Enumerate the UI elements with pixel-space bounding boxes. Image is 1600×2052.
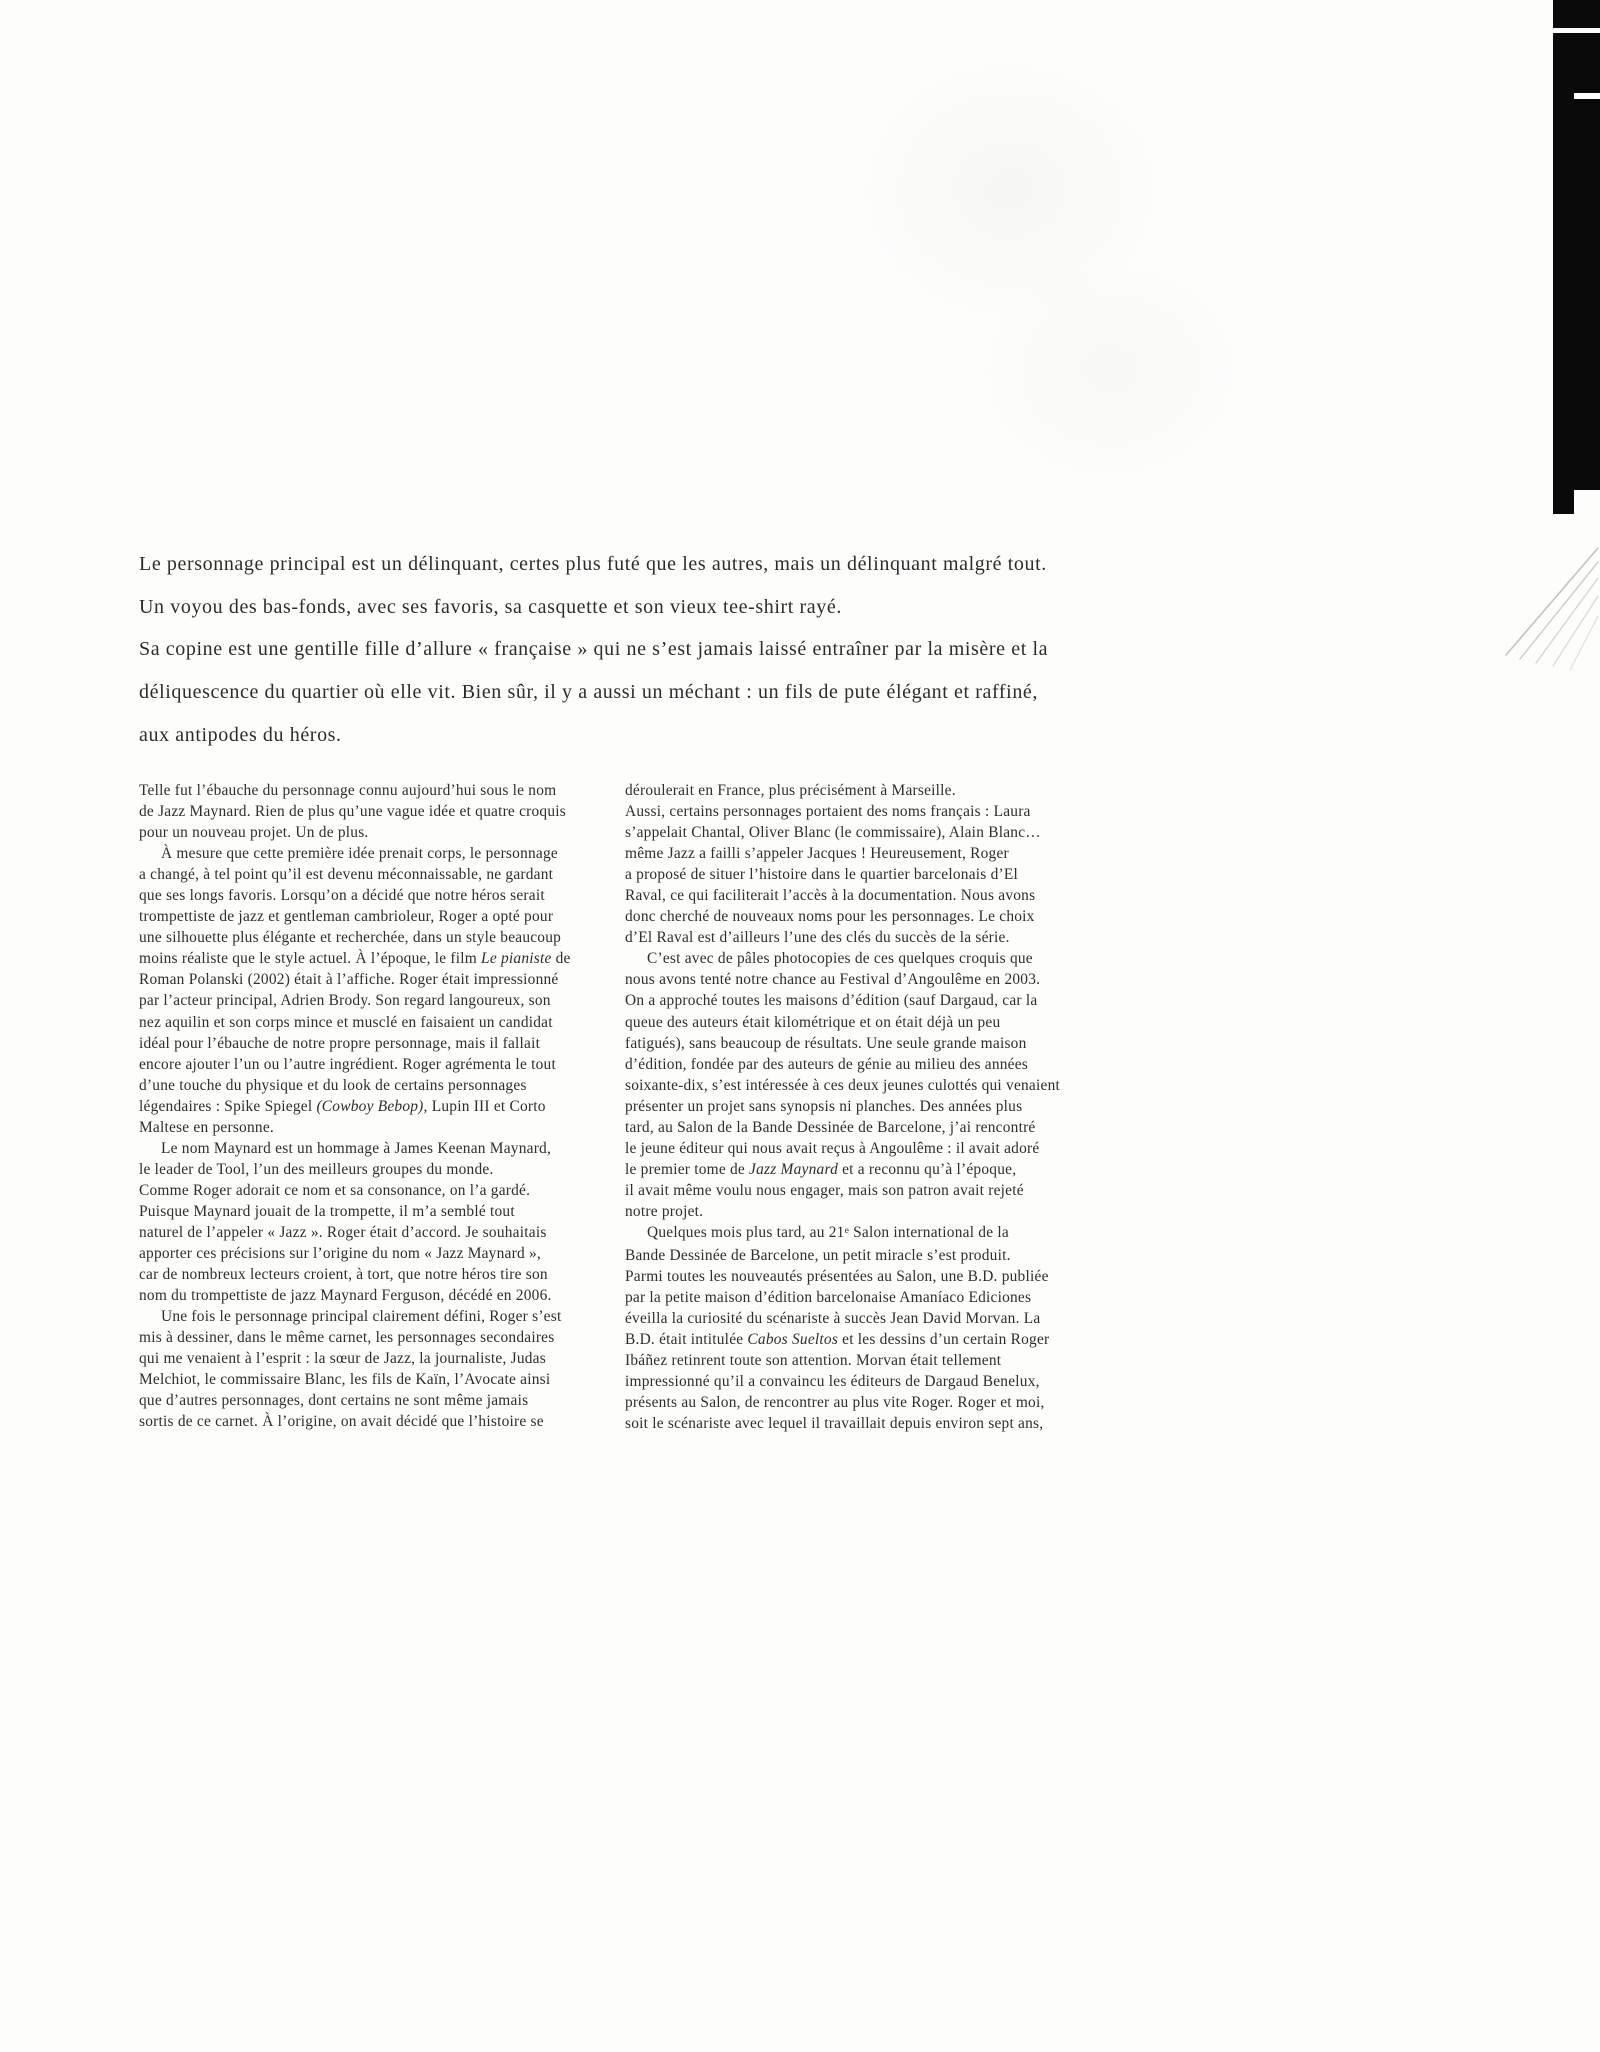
scan-smudge <box>980 260 1240 480</box>
text-line: déroulerait en France, plus précisément … <box>625 780 1077 801</box>
intro-line: Sa copine est une gentille fille d’allur… <box>139 628 1090 671</box>
text-line: a proposé de situer l’histoire dans le q… <box>625 864 1077 885</box>
text-line: naturel de l’appeler « Jazz ». Roger éta… <box>139 1222 578 1243</box>
text-line: C’est avec de pâles photocopies de ces q… <box>625 948 1077 969</box>
body-column-left: Telle fut l’ébauche du personnage connu … <box>139 780 578 1432</box>
text-line: sortis de ce carnet. À l’origine, on ava… <box>139 1411 578 1432</box>
text-line: Aussi, certains personnages portaient de… <box>625 801 1077 822</box>
text-line: de Jazz Maynard. Rien de plus qu’une vag… <box>139 801 578 822</box>
text-line: Raval, ce qui faciliterait l’accès à la … <box>625 885 1077 906</box>
text-line: Quelques mois plus tard, au 21e Salon in… <box>625 1222 1077 1245</box>
text-line: présenter un projet sans synopsis ni pla… <box>625 1096 1077 1117</box>
text-line: Roman Polanski (2002) était à l’affiche.… <box>139 969 578 990</box>
text-line: Melchiot, le commissaire Blanc, les fils… <box>139 1369 578 1390</box>
text-line: fatigués), sans beaucoup de résultats. U… <box>625 1033 1077 1054</box>
text-line: Parmi toutes les nouveautés présentées a… <box>625 1266 1077 1287</box>
text-line: que ses longs favoris. Lorsqu’on a décid… <box>139 885 578 906</box>
intro-paragraph: Le personnage principal est un délinquan… <box>139 543 1090 757</box>
text-line: nous avons tenté notre chance au Festiva… <box>625 969 1077 990</box>
text-line: On a approché toutes les maisons d’éditi… <box>625 990 1077 1011</box>
text-line: Telle fut l’ébauche du personnage connu … <box>139 780 578 801</box>
black-bar-white-slit <box>1574 93 1600 99</box>
text-line: encore ajouter l’un ou l’autre ingrédien… <box>139 1054 578 1075</box>
text-line: présents au Salon, de rencontrer au plus… <box>625 1392 1077 1413</box>
text-line: queue des auteurs était kilométrique et … <box>625 1012 1077 1033</box>
text-line: qui me venaient à l’esprit : la sœur de … <box>139 1348 578 1369</box>
text-line: légendaires : Spike Spiegel (Cowboy Bebo… <box>139 1096 578 1117</box>
text-line: Comme Roger adorait ce nom et sa consona… <box>139 1180 578 1201</box>
text-line: pour un nouveau projet. Un de plus. <box>139 822 578 843</box>
page-edge-black-bar-fill <box>1553 0 1600 514</box>
text-line: trompettiste de jazz et gentleman cambri… <box>139 906 578 927</box>
text-line: le leader de Tool, l’un des meilleurs gr… <box>139 1159 578 1180</box>
text-line: Le nom Maynard est un hommage à James Ke… <box>139 1138 578 1159</box>
text-line: éveilla la curiosité du scénariste à suc… <box>625 1308 1077 1329</box>
text-line: Puisque Maynard jouait de la trompette, … <box>139 1201 578 1222</box>
text-line: une silhouette plus élégante et recherch… <box>139 927 578 948</box>
book-page: { "page": { "background": "#fdfdfc", "te… <box>0 0 1600 2052</box>
intro-line: déliquescence du quartier où elle vit. B… <box>139 671 1090 714</box>
page-edge-black-bar <box>1553 0 1600 514</box>
text-line: Bande Dessinée de Barcelone, un petit mi… <box>625 1245 1077 1266</box>
text-line: a changé, à tel point qu’il est devenu m… <box>139 864 578 885</box>
text-line: soixante-dix, s’est intéressée à ces deu… <box>625 1075 1077 1096</box>
pencil-sketch <box>1498 543 1600 677</box>
text-line: moins réaliste que le style actuel. À l’… <box>139 948 578 969</box>
text-line: d’El Raval est d’ailleurs l’une des clés… <box>625 927 1077 948</box>
text-line: mis à dessiner, dans le même carnet, les… <box>139 1327 578 1348</box>
text-line: donc cherché de nouveaux noms pour les p… <box>625 906 1077 927</box>
text-line: idéal pour l’ébauche de notre propre per… <box>139 1033 578 1054</box>
text-line: Une fois le personnage principal clairem… <box>139 1306 578 1327</box>
text-line: Ibáñez retinrent toute son attention. Mo… <box>625 1350 1077 1371</box>
text-line: s’appelait Chantal, Oliver Blanc (le com… <box>625 822 1077 843</box>
text-line: B.D. était intitulée Cabos Sueltos et le… <box>625 1329 1077 1350</box>
text-line: Maltese en personne. <box>139 1117 578 1138</box>
text-line: par la petite maison d’édition barcelona… <box>625 1287 1077 1308</box>
body-column-right: déroulerait en France, plus précisément … <box>625 780 1077 1434</box>
text-line: d’une touche du physique et du look de c… <box>139 1075 578 1096</box>
intro-line: Le personnage principal est un délinquan… <box>139 543 1090 586</box>
black-bar-white-slit <box>1553 28 1600 33</box>
text-line: car de nombreux lecteurs croient, à tort… <box>139 1264 578 1285</box>
text-line: nez aquilin et son corps mince et musclé… <box>139 1012 578 1033</box>
black-bar-white-notch <box>1574 490 1600 514</box>
text-line: impressionné qu’il a convaincu les édite… <box>625 1371 1077 1392</box>
text-line: À mesure que cette première idée prenait… <box>139 843 578 864</box>
text-line: le premier tome de Jazz Maynard et a rec… <box>625 1159 1077 1180</box>
intro-line: Un voyou des bas-fonds, avec ses favoris… <box>139 586 1090 629</box>
text-line: il avait même voulu nous engager, mais s… <box>625 1180 1077 1201</box>
text-line: le jeune éditeur qui nous avait reçus à … <box>625 1138 1077 1159</box>
text-line: que d’autres personnages, dont certains … <box>139 1390 578 1411</box>
text-line: d’édition, fondée par des auteurs de gén… <box>625 1054 1077 1075</box>
text-line: par l’acteur principal, Adrien Brody. So… <box>139 990 578 1011</box>
text-line: notre projet. <box>625 1201 1077 1222</box>
text-line: apporter ces précisions sur l’origine du… <box>139 1243 578 1264</box>
text-line: soit le scénariste avec lequel il travai… <box>625 1413 1077 1434</box>
intro-line: aux antipodes du héros. <box>139 714 1090 757</box>
text-line: même Jazz a failli s’appeler Jacques ! H… <box>625 843 1077 864</box>
text-line: nom du trompettiste de jazz Maynard Ferg… <box>139 1285 578 1306</box>
text-line: tard, au Salon de la Bande Dessinée de B… <box>625 1117 1077 1138</box>
